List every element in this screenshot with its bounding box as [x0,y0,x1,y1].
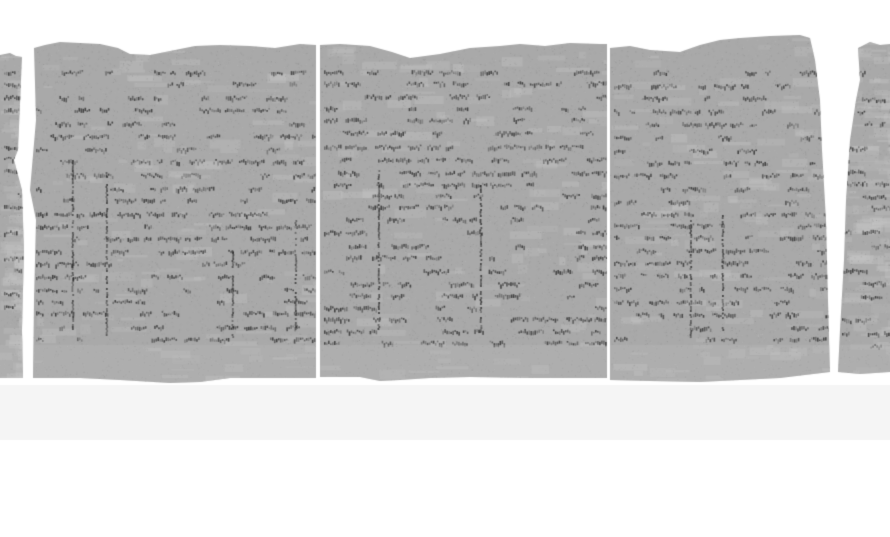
fragment-right [610,35,830,385]
fragment-center [320,43,607,383]
fragment-far-left-partial [0,55,22,378]
fragment-left [32,42,316,382]
papyrus-scroll-image: Grayscale photograph of a row of torn pa… [0,0,890,537]
fragment-far-right-partial [838,40,890,375]
